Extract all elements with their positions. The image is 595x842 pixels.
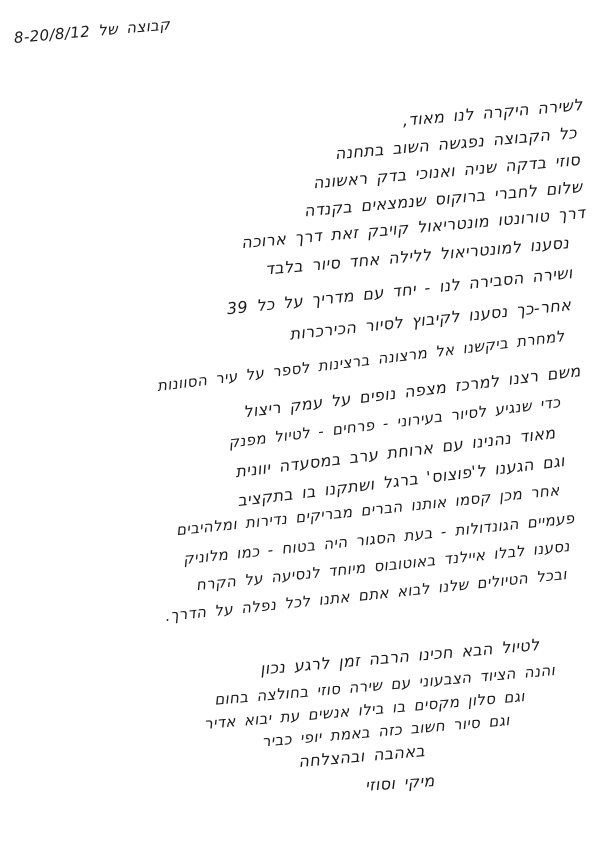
letter-date-heading: קבוצה של 8-20/8/12 [13, 16, 171, 46]
letter-signature: מיקי וסוזי [365, 772, 436, 794]
letter-closing: באהבה ובהצלחה [298, 742, 426, 771]
letter-page: קבוצה של 8-20/8/12 לשירה היקרה לנו מאוד,… [0, 0, 595, 842]
